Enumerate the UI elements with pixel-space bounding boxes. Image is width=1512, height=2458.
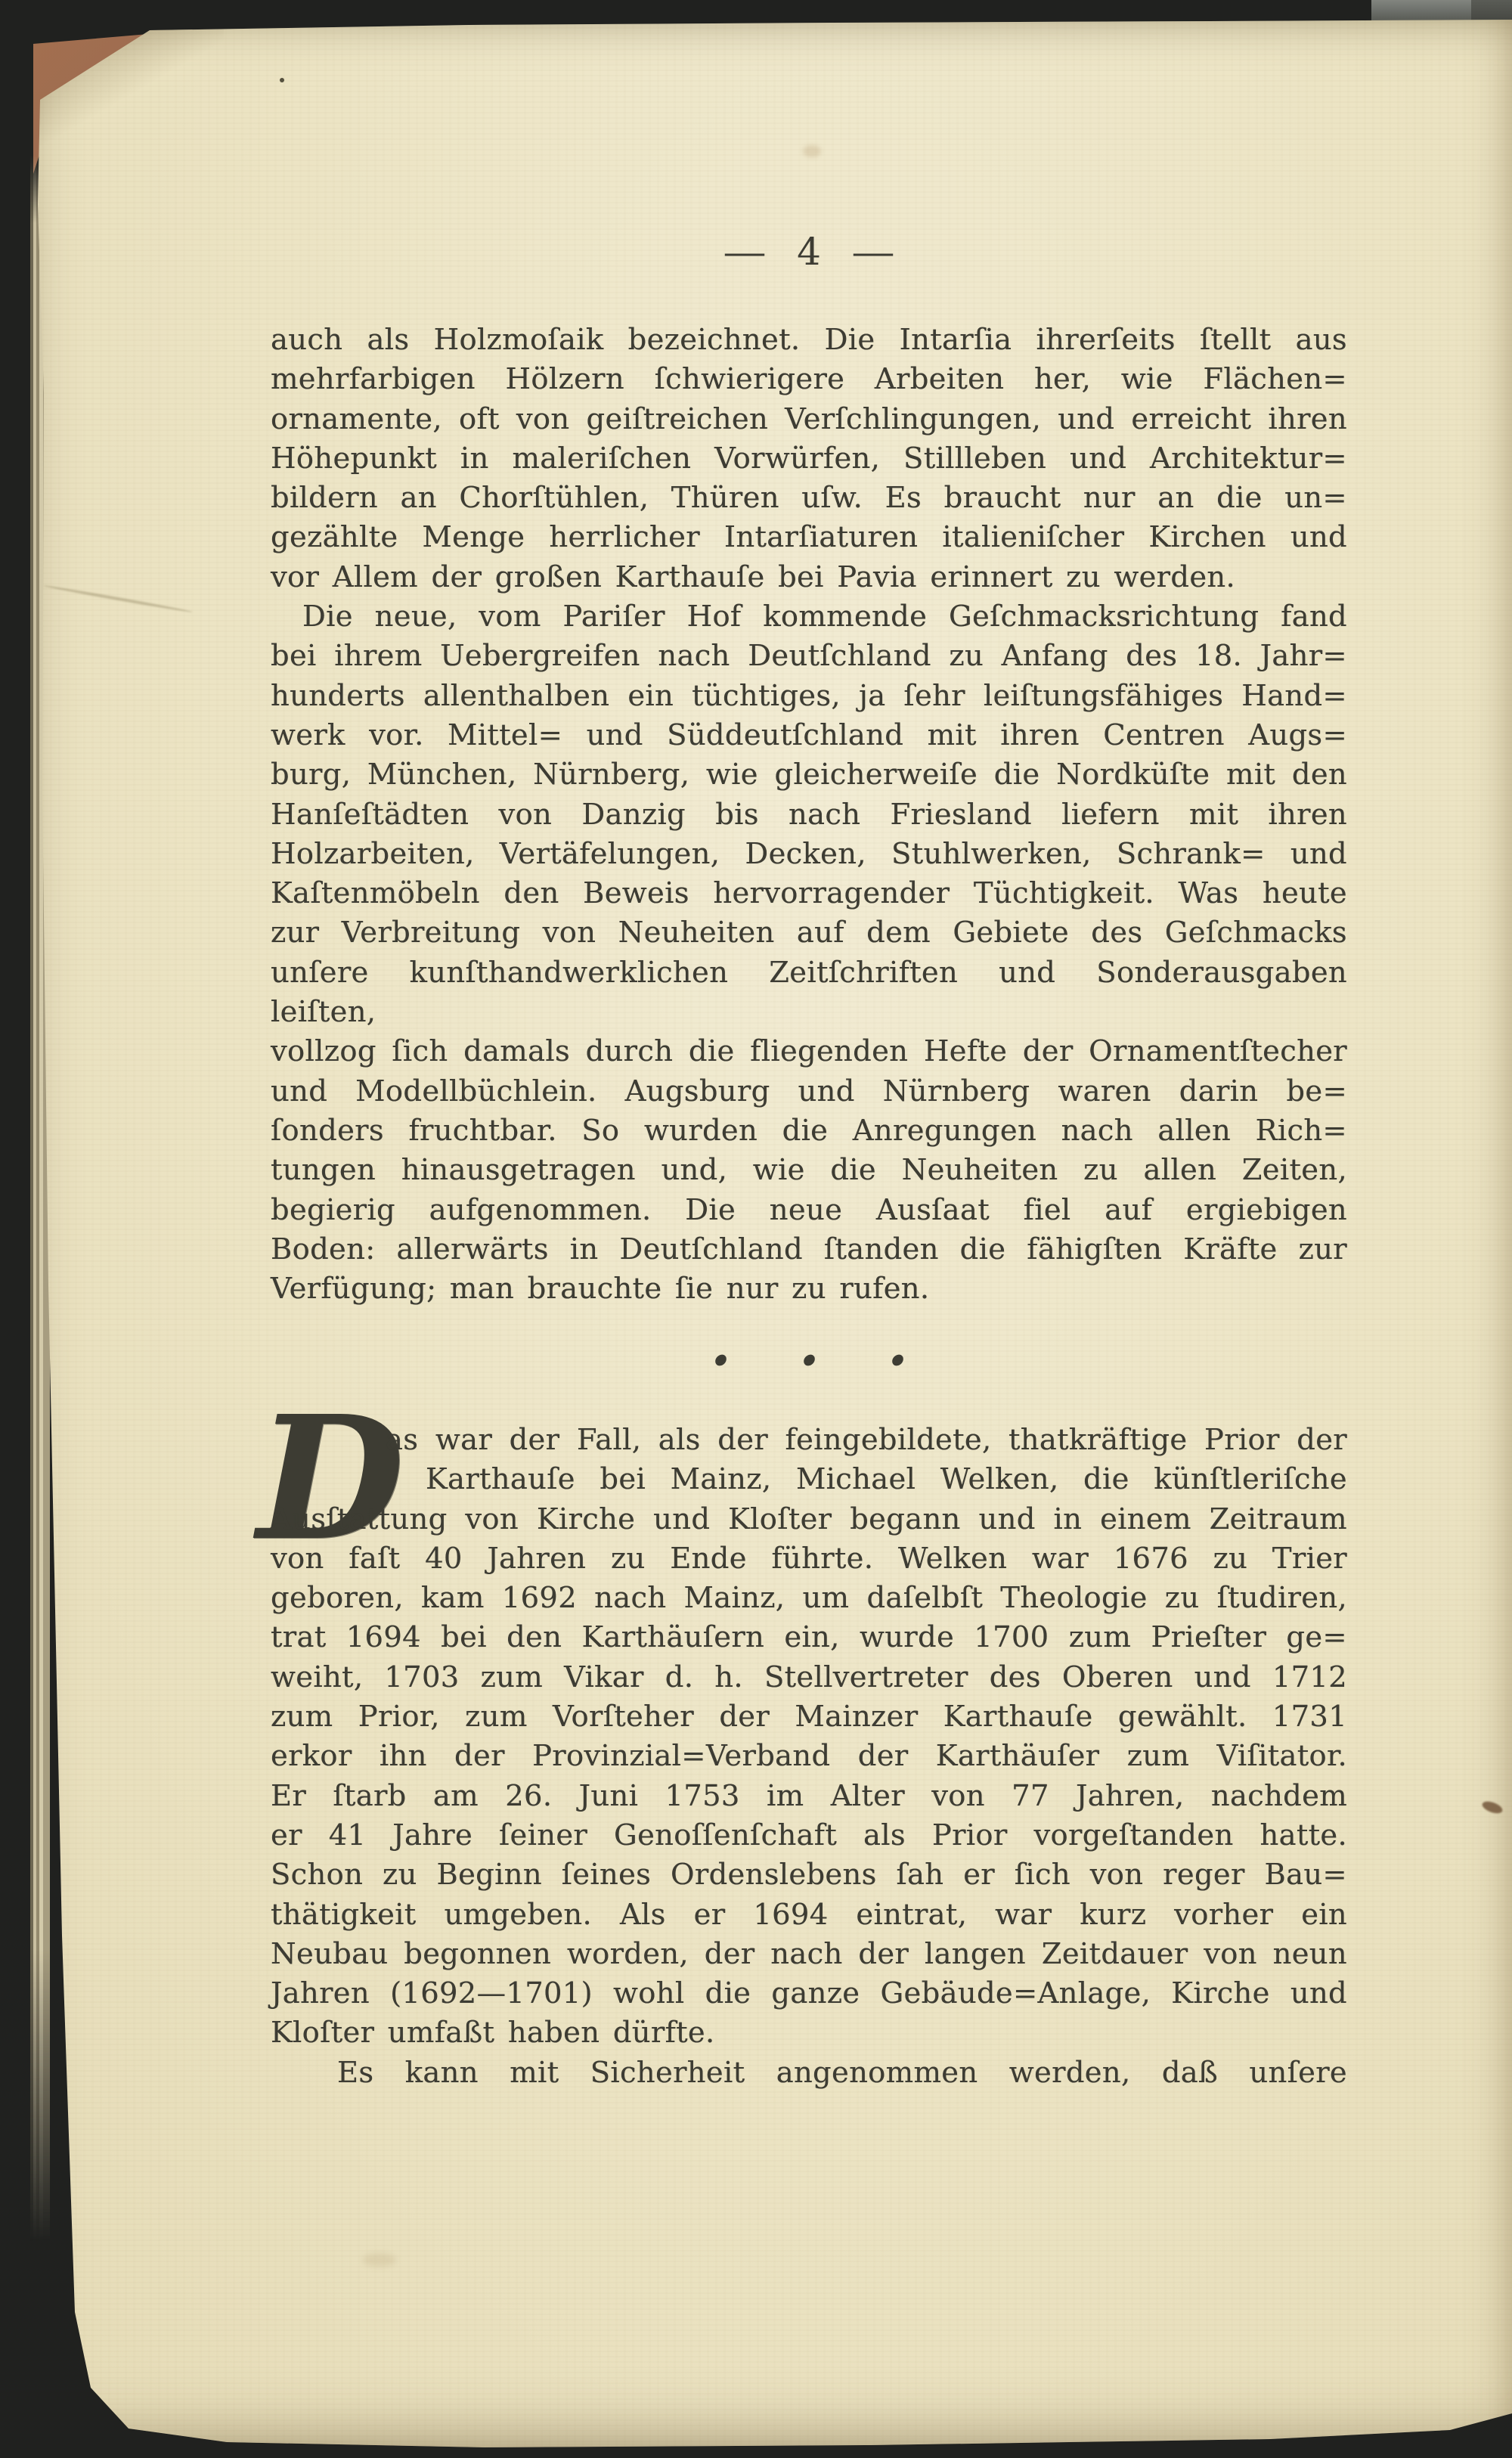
text-line: hunderts allenthalben ein tüchtiges, ja … [271,677,1347,716]
text-line: burg, München, Nürnberg, wie gleicherwei… [271,755,1347,795]
text-line: thätigkeit umgeben. Als er 1694 eintrat,… [271,1895,1347,1935]
separator-dot: • [713,1353,729,1368]
paragraph-4: Es kann mit Sicherheit angenommen werden… [271,2053,1347,2093]
book-page: — 4 — auch als Holzmoſaik bezeichnet. Di… [0,0,1512,2458]
foxing-stain [803,145,821,157]
page-header: — 4 — [271,230,1347,274]
foxing-stain [363,2253,396,2267]
text-line: Es kann mit Sicherheit angenommen werden… [271,2053,1347,2093]
text-line: Ausſtattung von Kirche und Kloſter began… [271,1500,1347,1539]
text-line: as war der Fall, als der feingebildete, … [271,1421,1347,1460]
text-line: bildern an Chorſtühlen, Thüren uſw. Es b… [271,479,1347,518]
separator-dot: • [890,1353,906,1368]
header-dash-right: — [851,231,895,272]
text-line: vor Allem der großen Karthauſe bei Pavia… [271,558,1347,597]
text-line: Boden: allerwärts in Deutſchland ſtanden… [271,1230,1347,1269]
text-line: Neubau begonnen worden, der nach der lan… [271,1935,1347,1974]
text-line: erkor ihn der Provinzial=Verband der Kar… [271,1737,1347,1776]
header-dash-left: — [723,231,767,272]
text-line: ſonders fruchtbar. So wurden die Anregun… [271,1111,1347,1151]
text-line: Kaſtenmöbeln den Beweis hervorragender T… [271,874,1347,913]
text-line: auch als Holzmoſaik bezeichnet. Die Inta… [271,321,1347,360]
paragraph-3: as war der Fall, als der feingebildete, … [271,1421,1347,2053]
separator-dot: • [801,1353,817,1368]
text-line: Verfügung; man brauchte ſie nur zu rufen… [271,1269,1347,1309]
page-number: 4 [797,230,821,274]
binding-tape [1371,0,1471,23]
text-line: Er ſtarb am 26. Juni 1753 im Alter von 7… [271,1777,1347,1816]
text-line: er 41 Jahre ſeiner Genoſſenſchaft als Pr… [271,1816,1347,1855]
text-line: ornamente, oft von geiſtreichen Verſchli… [271,400,1347,439]
text-line: von faſt 40 Jahren zu Ende führte. Welke… [271,1539,1347,1579]
text-line: Karthauſe bei Mainz, Michael Welken, die… [271,1460,1347,1499]
paragraph-1: auch als Holzmoſaik bezeichnet. Die Inta… [271,321,1347,597]
text-line: trat 1694 bei den Karthäuſern ein, wurde… [271,1618,1347,1657]
edge-smudge [1481,1799,1504,1816]
ink-speck [280,78,284,82]
text-line: Holzarbeiten, Vertäfelungen, Decken, Stu… [271,835,1347,874]
text-line: Die neue, vom Pariſer Hof kommende Geſch… [271,597,1347,637]
paragraph-2: Die neue, vom Pariſer Hof kommende Geſch… [271,597,1347,1309]
text-line: vollzog ſich damals durch die fliegenden… [271,1032,1347,1071]
text-line: Jahren (1692—1701) wohl die ganze Gebäud… [271,1974,1347,2013]
text-line: zur Verbreitung von Neuheiten auf dem Ge… [271,913,1347,953]
text-line: weiht, 1703 zum Vikar d. h. Stellvertret… [271,1658,1347,1697]
text-line: Höhepunkt in maleriſchen Vorwürfen, Stil… [271,439,1347,479]
text-line: unſere kunſthandwerklichen Zeitſchriften… [271,953,1347,1033]
text-line: werk vor. Mittel= und Süddeutſchland mit… [271,716,1347,755]
text-line: und Modellbüchlein. Augsburg und Nürnber… [271,1072,1347,1111]
text-line: bei ihrem Uebergreifen nach Deutſchland … [271,637,1347,676]
text-line: Schon zu Beginn ſeines Ordenslebens ſah … [271,1855,1347,1895]
text-block-upper: auch als Holzmoſaik bezeichnet. Die Inta… [271,321,1347,1309]
section-separator: • • • [271,1353,1347,1368]
text-line: mehrfarbigen Hölzern ſchwierigere Arbeit… [271,360,1347,399]
text-line: Kloſter umfaßt haben dürfte. [271,2013,1347,2053]
text-line: begierig aufgenommen. Die neue Ausſaat f… [271,1191,1347,1230]
text-line: tungen hinausgetragen und, wie die Neuhe… [271,1151,1347,1190]
paper-crease [43,584,193,614]
text-line: zum Prior, zum Vorſteher der Mainzer Kar… [271,1697,1347,1737]
text-line: Hanſeſtädten von Danzig bis nach Friesla… [271,795,1347,835]
text-line: gezählte Menge herrlicher Intarſiaturen … [271,518,1347,557]
text-line: geboren, kam 1692 nach Mainz, um daſelbſ… [271,1579,1347,1618]
text-block-lower: as war der Fall, als der feingebildete, … [271,1421,1347,2093]
book-scan: — 4 — auch als Holzmoſaik bezeichnet. Di… [0,0,1512,2458]
